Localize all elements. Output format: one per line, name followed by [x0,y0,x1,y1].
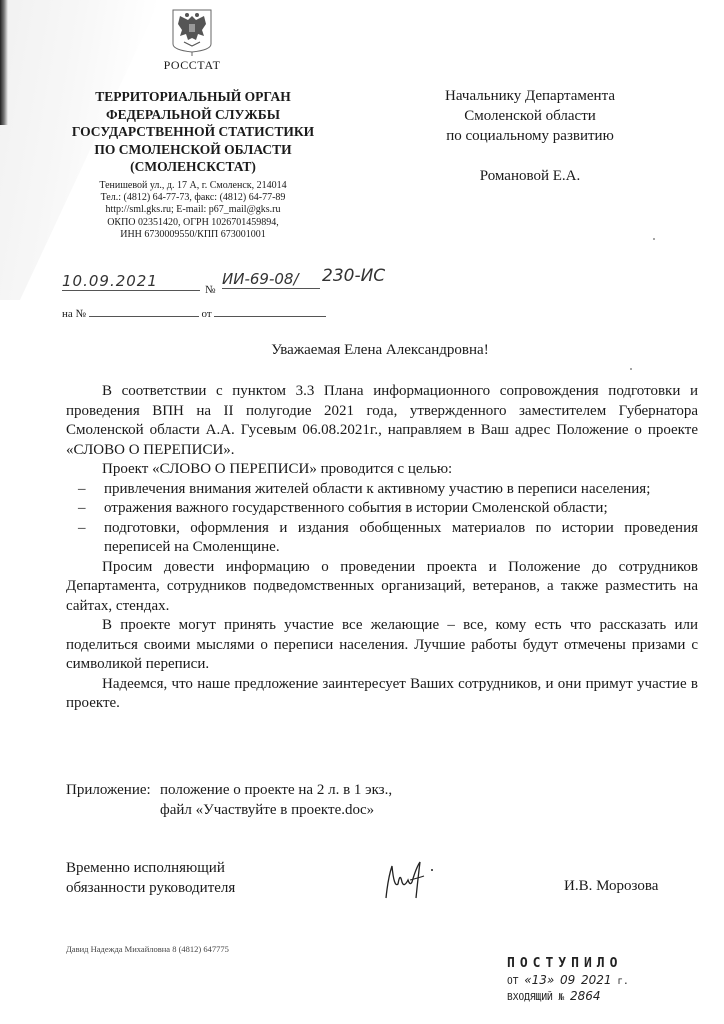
appendix-item: положение о проекте на 2 л. в 1 экз., [160,780,392,800]
stamp-date-row: ОТ «13» 09 2021 г. [507,973,667,987]
purpose-list: привлечения внимания жителей области к а… [66,480,698,558]
stamp-year: 2021 [581,973,612,987]
purpose-lead: Проект «СЛОВО О ПЕРЕПИСИ» проводится с ц… [66,460,698,480]
reference-date-blank [214,306,326,317]
appendix-item: файл «Участвуйте в проекте.doc» [160,800,392,820]
intro-paragraph: В соответствии с пунктом 3.3 Плана инфор… [66,382,698,460]
organization-line: ФЕДЕРАЛЬНОЙ СЛУЖБЫ [60,106,326,124]
stamp-incoming-row: ВХОДЯЩИЙ № 2864 [507,989,667,1003]
russian-coat-of-arms-icon [170,8,214,56]
web-email-line: http://sml.gks.ru; E-mail: p67_mail@gks.… [62,204,324,216]
scan-speck [653,238,655,240]
stamp-from-label: ОТ [507,976,518,987]
signer-title: Временно исполняющий обязанности руковод… [66,858,235,898]
recipient-name: Романовой Е.А. [400,166,660,186]
appendix-items: положение о проекте на 2 л. в 1 экз., фа… [160,780,392,820]
reference-line: на № от [62,306,326,320]
address-line: Тенишевой ул., д. 17 А, г. Смоленск, 214… [62,180,324,192]
executor-contact: Давид Надежда Михайловна 8 (4812) 647775 [66,944,229,954]
signer-title-line: обязанности руководителя [66,878,235,898]
agency-short-name: РОССТАТ [140,58,244,73]
handwritten-signature-icon [382,858,442,902]
organization-line: ГОСУДАРСТВЕННОЙ СТАТИСТИКИ [60,123,326,141]
recipient-line: по социальному развитию [400,126,660,146]
appendix-label: Приложение: [66,780,156,800]
stamp-month: 09 [560,973,575,987]
phone-line: Тел.: (4812) 64-77-73, факс: (4812) 64-7… [62,192,324,204]
stamp-incoming-label: ВХОДЯЩИЙ № [507,992,564,1003]
organization-contacts: Тенишевой ул., д. 17 А, г. Смоленск, 214… [62,180,324,241]
recipient-block: Начальнику Департамента Смоленской облас… [400,86,660,186]
reference-from-label: от [202,308,212,320]
organization-line: ПО СМОЛЕНСКОЙ ОБЛАСТИ [60,141,326,159]
outgoing-date: 10.09.2021 [62,272,200,291]
stamp-year-suffix: г. [617,976,628,987]
reference-number-label: на № [62,308,86,320]
okpo-ogrn-line: ОКПО 02351420, ОГРН 1026701459894, [62,217,324,229]
purpose-item: отражения важного государственного событ… [70,499,698,519]
signer-name: И.В. Морозова [564,878,658,895]
stamp-day: «13» [524,973,554,987]
organization-name: ТЕРРИТОРИАЛЬНЫЙ ОРГАН ФЕДЕРАЛЬНОЙ СЛУЖБЫ… [60,88,326,176]
request-paragraph: Просим довести информацию о проведении п… [66,558,698,617]
incoming-stamp: ПОСТУПИЛО ОТ «13» 09 2021 г. ВХОДЯЩИЙ № … [507,956,667,1003]
purpose-item: подготовки, оформления и издания обобщен… [70,519,698,558]
signer-title-line: Временно исполняющий [66,858,235,878]
salutation: Уважаемая Елена Александровна! [60,342,700,359]
stamp-title: ПОСТУПИЛО [507,956,667,971]
recipient-line: Смоленской области [400,106,660,126]
organization-line: ТЕРРИТОРИАЛЬНЫЙ ОРГАН [60,88,326,106]
closing-paragraph: Надеемся, что наше предложение заинтерес… [66,675,698,714]
outgoing-number-label: № [205,284,216,296]
reference-number-blank [89,306,199,317]
inn-kpp-line: ИНН 6730009550/КПП 673001001 [62,229,324,241]
letter-body: В соответствии с пунктом 3.3 Плана инфор… [66,382,698,714]
recipient-line: Начальнику Департамента [400,86,660,106]
outgoing-number-suffix: 230-ИС [322,266,385,286]
organization-line: (СМОЛЕНСКСТАТ) [60,158,326,176]
outgoing-number: ИИ-69-08/ [222,270,320,289]
participation-paragraph: В проекте могут принять участие все жела… [66,616,698,675]
stamp-incoming-number: 2864 [570,989,601,1003]
scan-speck [630,368,632,370]
purpose-item: привлечения внимания жителей области к а… [70,480,698,500]
scan-page-edge [0,0,8,125]
